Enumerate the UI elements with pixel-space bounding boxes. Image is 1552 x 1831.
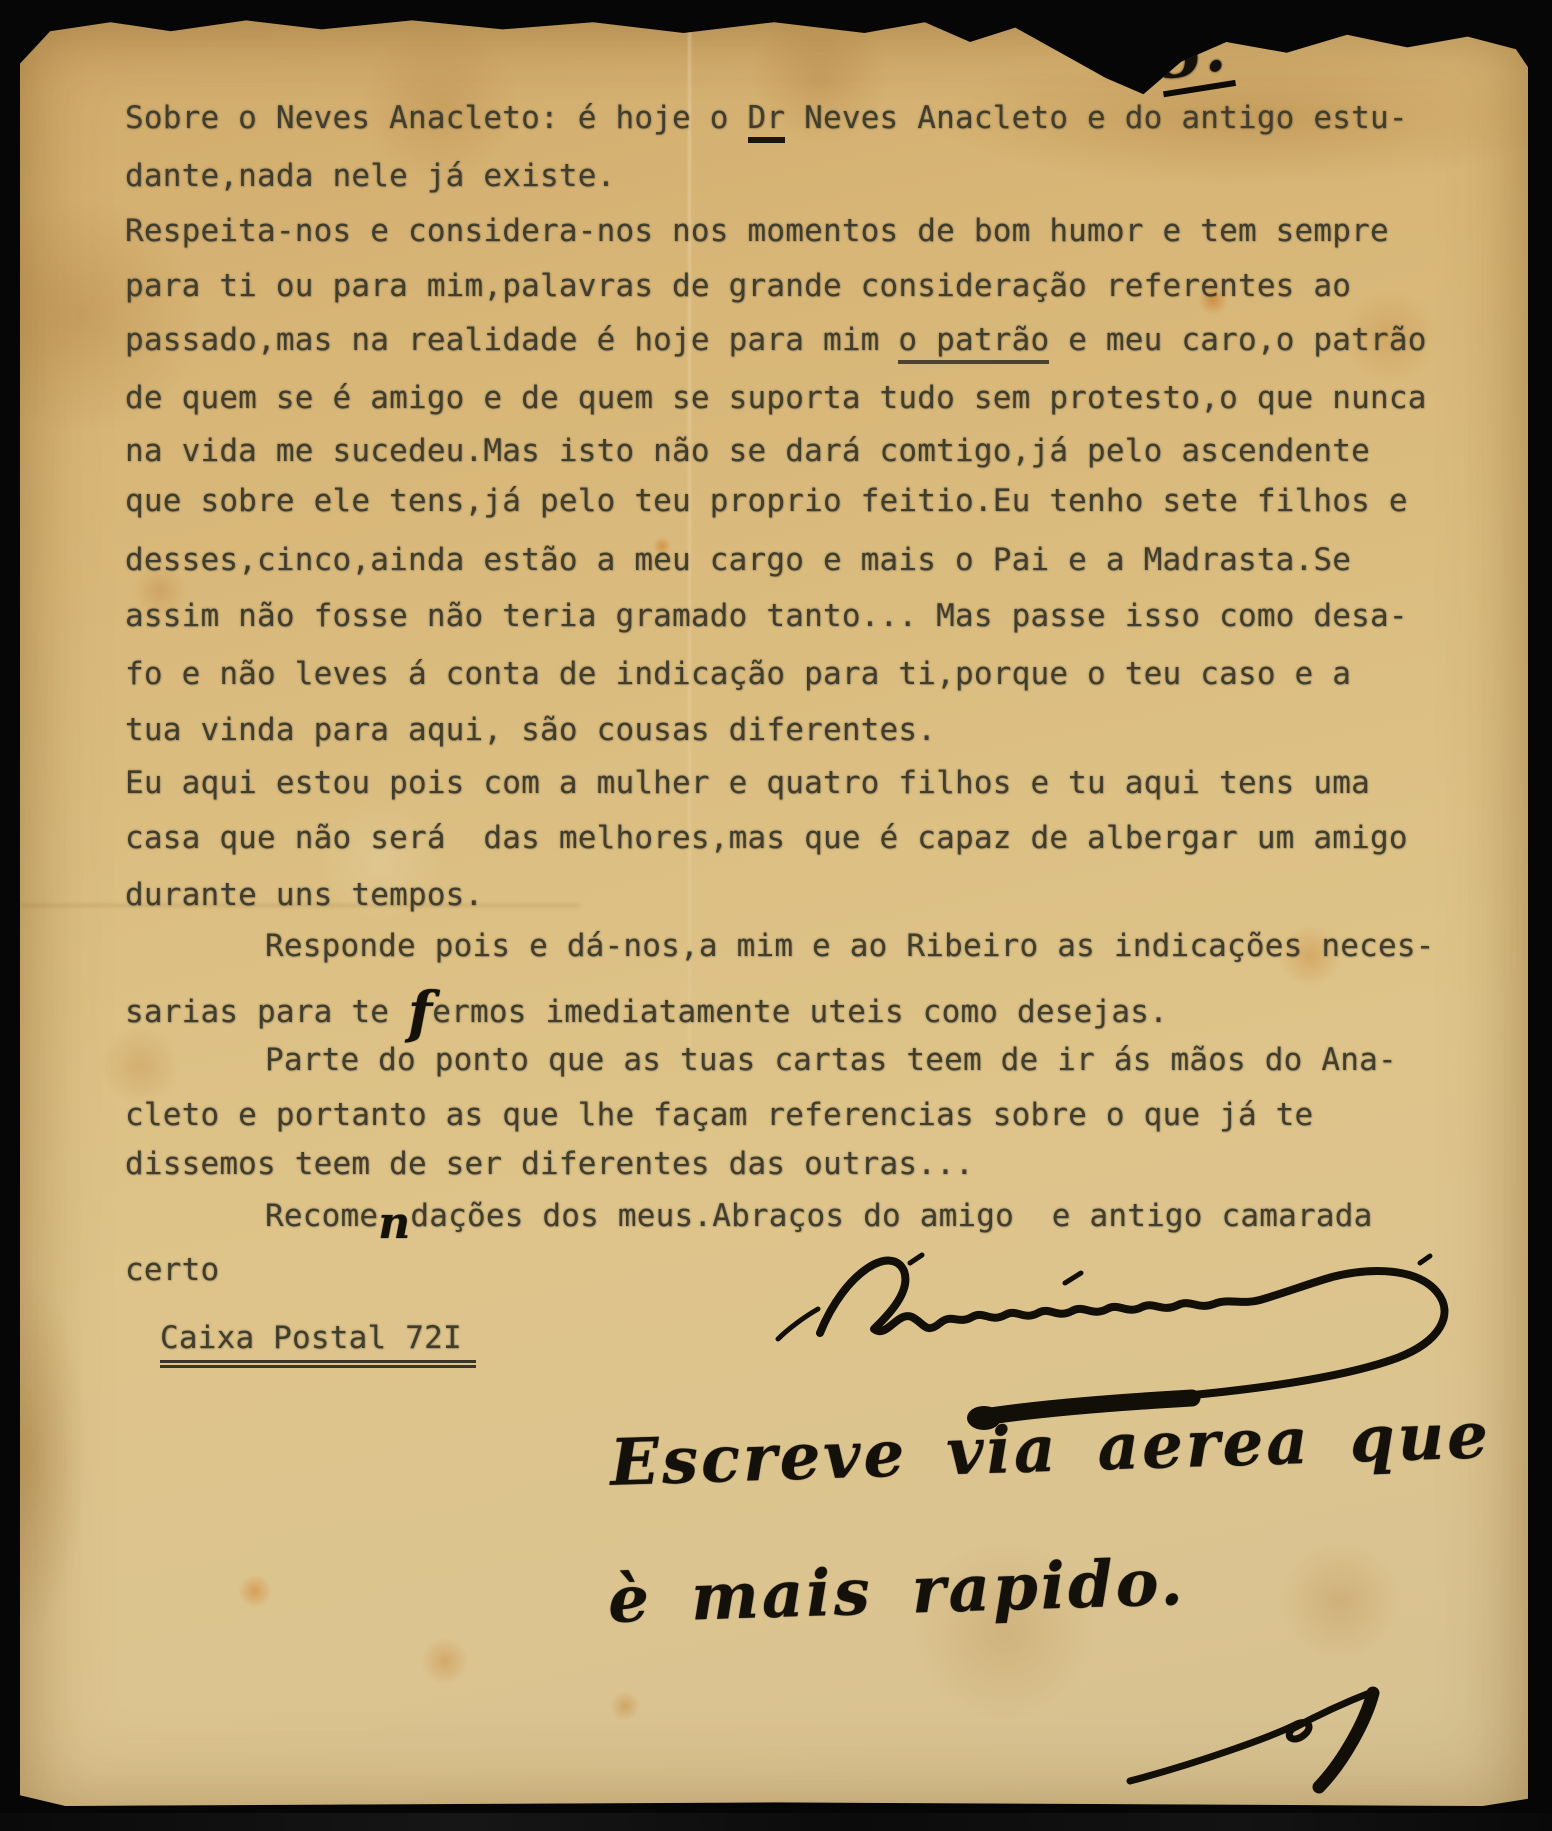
typed-line: fo e não leves á conta de indicação para…: [125, 656, 1351, 692]
typed-line: dante,nada nele já existe.: [125, 158, 615, 194]
typed-line: na vida me sucedeu.Mas isto não se dará …: [125, 433, 1370, 469]
handwritten-page-number: 5.: [1153, 17, 1236, 98]
typed-line: para ti ou para mim,palavras de grande c…: [125, 268, 1351, 304]
handwritten-note-line2: è mais rapido.: [607, 1545, 1187, 1638]
typed-line: dissemos teem de ser diferentes das outr…: [125, 1146, 974, 1182]
typed-line: passado,mas na realidade é hoje para mim…: [125, 322, 1427, 358]
handwritten-note-line1: Escreve via aerea que: [609, 1398, 1492, 1501]
typed-line: durante uns tempos.: [125, 877, 483, 913]
typed-line: certo: [125, 1252, 219, 1288]
vertical-fold-crease: [688, 6, 691, 1056]
flourish-initial: [1120, 1678, 1450, 1808]
typed-line: Responde pois e dá-nos,a mim e ao Ribeir…: [265, 928, 1435, 964]
typed-line: Parte do ponto que as tuas cartas teem d…: [265, 1042, 1397, 1078]
typed-line: Respeita-nos e considera-nos nos momento…: [125, 213, 1389, 249]
typed-line: Eu aqui estou pois com a mulher e quatro…: [125, 765, 1370, 801]
typed-line: sarias para te fermos imediatamente utei…: [125, 985, 1168, 1041]
typed-line: que sobre ele tens,já pelo teu proprio f…: [125, 483, 1408, 519]
typed-line: assim não fosse não teria gramado tanto.…: [125, 598, 1408, 634]
postal-box-line: Caixa Postal 72I: [160, 1320, 476, 1368]
typed-line: tua vinda para aqui, são cousas diferent…: [125, 712, 936, 748]
underlined-o-patrao: o patrão: [898, 322, 1049, 364]
underlined-dr: Dr: [748, 100, 786, 143]
typed-line: casa que não será das melhores,mas que é…: [125, 820, 1408, 856]
typed-line: desses,cinco,ainda estão a meu cargo e m…: [125, 542, 1351, 578]
typed-line: Sobre o Neves Anacleto: é hoje o Dr Neve…: [125, 100, 1408, 136]
typed-line: cleto e portanto as que lhe façam refere…: [125, 1097, 1313, 1133]
handwritten-insertion-n: n: [378, 1198, 410, 1249]
scanned-letter: 5. Sobre o Neves Anacleto: é hoje o Dr N…: [0, 0, 1552, 1831]
typed-line: de quem se é amigo e de quem se suporta …: [125, 380, 1427, 416]
handwritten-correction-f: f: [408, 980, 432, 1046]
letter-page: 5. Sobre o Neves Anacleto: é hoje o Dr N…: [20, 6, 1528, 1806]
